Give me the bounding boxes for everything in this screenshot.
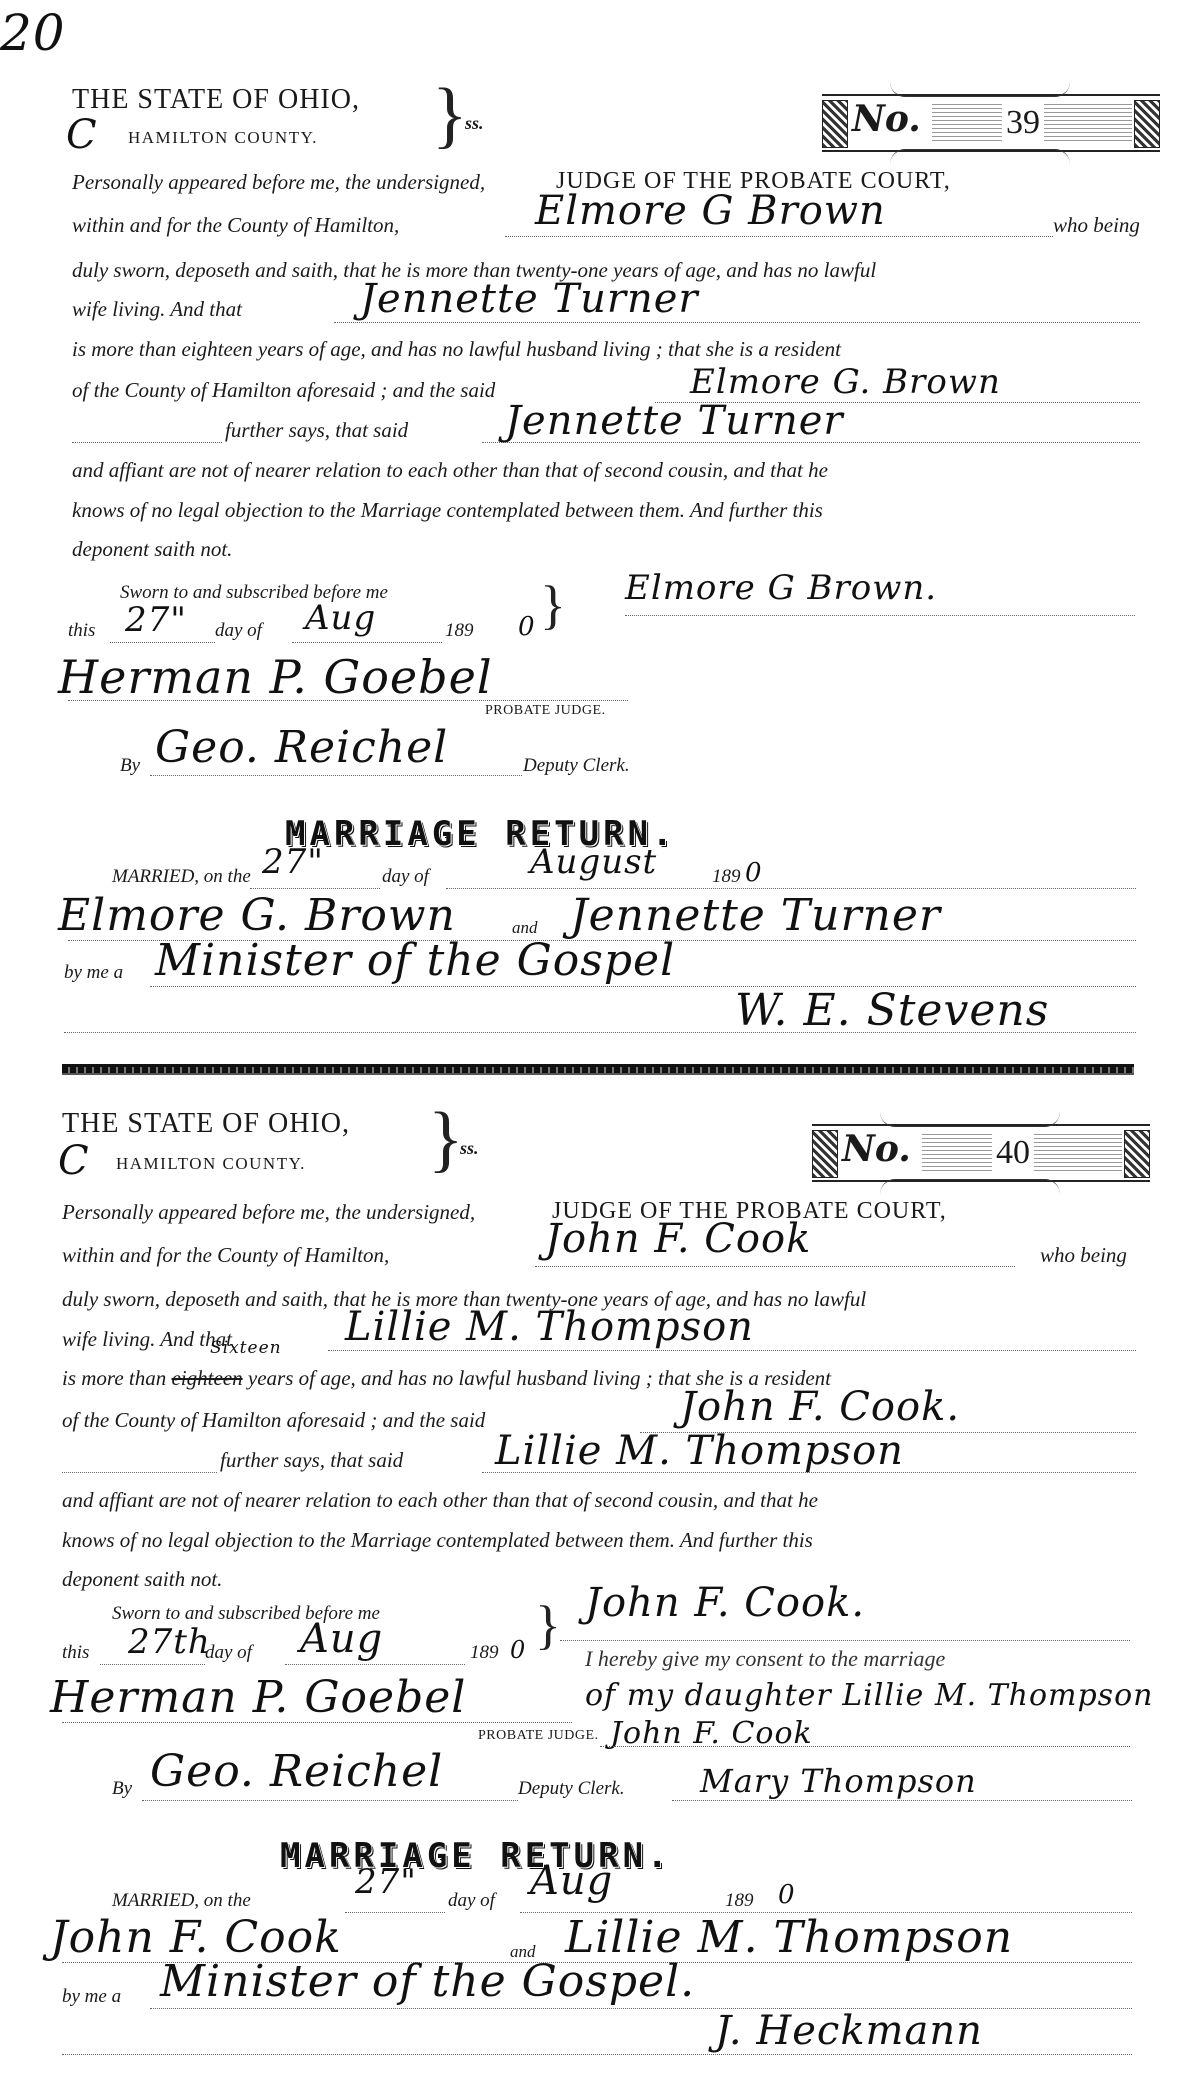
consent-text: of my daughter Lillie M. Thompson bbox=[585, 1678, 1153, 1713]
form-line: of the County of Hamilton aforesaid ; an… bbox=[62, 1408, 485, 1433]
bride-age-correction: Sixteen bbox=[210, 1338, 282, 1358]
sworn-year-digit: 0 bbox=[510, 1636, 526, 1664]
officiant-title: Minister of the Gospel. bbox=[160, 1956, 695, 2007]
return-year-digit: 0 bbox=[745, 858, 763, 888]
applicant-name: John F. Cook bbox=[545, 1216, 811, 1262]
form-line: further says, that said bbox=[225, 418, 408, 443]
brace: } bbox=[432, 78, 468, 152]
fill-line bbox=[100, 1664, 205, 1665]
form-line: who being bbox=[1053, 213, 1140, 238]
affiant-signature: Elmore G Brown. bbox=[625, 568, 937, 608]
fill-line bbox=[446, 888, 1136, 889]
sworn-year-digit: 0 bbox=[518, 612, 536, 642]
bride-name: Lillie M. Thompson bbox=[345, 1304, 754, 1350]
form-line: knows of no legal objection to the Marri… bbox=[72, 498, 823, 523]
record-number: 39 bbox=[1002, 104, 1044, 142]
flourish-mark: C bbox=[58, 1138, 90, 1184]
form-line: knows of no legal objection to the Marri… bbox=[62, 1528, 813, 1553]
knot-ornament-icon bbox=[1124, 1130, 1150, 1178]
signature-line bbox=[142, 1800, 518, 1801]
signature-line bbox=[150, 775, 522, 776]
return-groom: Elmore G. Brown bbox=[58, 890, 456, 941]
form-line: of the County of Hamilton aforesaid ; an… bbox=[72, 378, 495, 403]
bride-age: eighteen bbox=[181, 337, 252, 361]
ss-label: ss. bbox=[460, 1138, 479, 1159]
fill-line bbox=[150, 2008, 1132, 2009]
form-line: and affiant are not of nearer relation t… bbox=[62, 1488, 818, 1513]
probate-judge-label: PROBATE JUDGE. bbox=[485, 703, 606, 719]
form-line: within and for the County of Hamilton, bbox=[72, 213, 399, 238]
form-line: within and for the County of Hamilton, bbox=[62, 1243, 389, 1268]
fill-line bbox=[328, 1350, 1136, 1351]
officiant-signature: J. Heckmann bbox=[715, 2008, 983, 2054]
fill-line bbox=[505, 236, 1053, 237]
return-bride: Jennette Turner bbox=[570, 890, 941, 941]
said-bride: Jennette Turner bbox=[505, 398, 844, 444]
return-day: 27" bbox=[262, 842, 324, 882]
signature-line bbox=[62, 2054, 1132, 2055]
form-line: Personally appeared before me, the under… bbox=[72, 170, 485, 195]
said-applicant: John F. Cook. bbox=[680, 1384, 960, 1430]
said-bride: Lillie M. Thompson bbox=[495, 1428, 904, 1474]
year-prefix: 189 bbox=[712, 866, 741, 888]
form-line: deponent saith not. bbox=[72, 537, 232, 562]
fill-line bbox=[250, 888, 380, 889]
brace: } bbox=[540, 578, 566, 632]
knot-ornament-icon bbox=[822, 100, 848, 148]
record-separator bbox=[62, 1064, 1134, 1075]
state-heading: THE STATE OF OHIO, bbox=[62, 1108, 350, 1140]
probate-judge-label: PROBATE JUDGE. bbox=[478, 1728, 599, 1744]
fill-line bbox=[110, 642, 215, 643]
married-on-label: MARRIED, on the bbox=[112, 866, 251, 888]
return-year-digit: 0 bbox=[778, 1880, 796, 1910]
applicant-name: Elmore G Brown bbox=[535, 188, 886, 234]
sworn-day: 27th bbox=[128, 1622, 211, 1662]
day-of-label: day of bbox=[448, 1890, 495, 1912]
signature-line bbox=[62, 1722, 572, 1723]
officiant-signature: W. E. Stevens bbox=[735, 985, 1049, 1036]
year-prefix: 189 bbox=[445, 620, 474, 642]
knot-ornament-icon bbox=[1134, 100, 1160, 148]
bride-age-struck: eighteen bbox=[171, 1366, 242, 1390]
bride-name: Jennette Turner bbox=[360, 276, 699, 322]
form-line: wife living. And that bbox=[72, 297, 242, 322]
this-label: this bbox=[68, 620, 95, 642]
year-prefix: 189 bbox=[470, 1642, 499, 1664]
fill-line bbox=[334, 322, 1140, 323]
affiant-signature: John F. Cook. bbox=[585, 1580, 865, 1626]
sworn-month: Aug bbox=[305, 598, 376, 638]
signature-line bbox=[672, 1800, 1132, 1801]
form-line: further says, that said bbox=[220, 1448, 403, 1473]
deputy-clerk-signature: Geo. Reichel bbox=[150, 1746, 443, 1797]
form-text: is more than bbox=[72, 337, 176, 361]
county-heading: HAMILTON COUNTY. bbox=[116, 1154, 306, 1174]
sworn-month: Aug bbox=[300, 1616, 383, 1662]
number-label: No. bbox=[852, 98, 921, 140]
sworn-day: 27" bbox=[125, 600, 187, 640]
deputy-clerk-label: Deputy Clerk. bbox=[518, 1778, 625, 1800]
day-of-label: day of bbox=[215, 620, 262, 642]
by-label: By bbox=[112, 1778, 132, 1800]
day-of-label: day of bbox=[382, 866, 429, 888]
form-line: who being bbox=[1040, 1243, 1127, 1268]
form-line: deponent saith not. bbox=[62, 1567, 222, 1592]
form-line: Personally appeared before me, the under… bbox=[62, 1200, 475, 1225]
form-text: years of age, and has no lawful husband … bbox=[258, 337, 841, 361]
fill-line bbox=[62, 1472, 217, 1473]
fill-line bbox=[292, 642, 442, 643]
flourish-mark: C bbox=[66, 112, 98, 158]
return-month: August bbox=[530, 842, 657, 882]
married-on-label: MARRIED, on the bbox=[112, 1890, 251, 1912]
form-line: and affiant are not of nearer relation t… bbox=[72, 458, 828, 483]
ss-label: ss. bbox=[465, 113, 484, 134]
signature-line bbox=[560, 1640, 1130, 1641]
form-text: is more than bbox=[62, 1366, 166, 1390]
county-heading: HAMILTON COUNTY. bbox=[128, 128, 318, 148]
signature-line bbox=[625, 615, 1135, 616]
day-of-label: day of bbox=[205, 1642, 252, 1664]
by-label: By bbox=[120, 755, 140, 777]
return-month: Aug bbox=[530, 1858, 613, 1904]
record-number-box: No. 40 bbox=[812, 1124, 1150, 1182]
said-applicant: Elmore G. Brown bbox=[690, 362, 1001, 402]
number-label: No. bbox=[842, 1128, 911, 1170]
probate-judge-signature: Herman P. Goebel bbox=[50, 1672, 466, 1723]
state-heading: THE STATE OF OHIO, bbox=[72, 84, 360, 116]
probate-judge-signature: Herman P. Goebel bbox=[58, 650, 493, 704]
form-line: is more than eighteen years of age, and … bbox=[72, 337, 841, 362]
return-day: 27" bbox=[355, 1862, 417, 1902]
knot-ornament-icon bbox=[812, 1130, 838, 1178]
signature-line bbox=[68, 700, 628, 701]
signature-line bbox=[600, 1746, 1130, 1747]
consent-stamp: I hereby give my consent to the marriage bbox=[585, 1646, 945, 1672]
fill-line bbox=[72, 442, 222, 443]
signature-line bbox=[64, 1032, 1136, 1033]
this-label: this bbox=[62, 1642, 89, 1664]
brace: } bbox=[535, 1598, 561, 1652]
form-line: wife living. And that bbox=[62, 1327, 232, 1352]
fill-line bbox=[285, 1664, 465, 1665]
fill-line bbox=[345, 1912, 445, 1913]
brace: } bbox=[428, 1102, 464, 1176]
year-prefix: 189 bbox=[725, 1890, 754, 1912]
mother-consent-signature: Mary Thompson bbox=[700, 1762, 977, 1800]
officiant-title: Minister of the Gospel bbox=[155, 935, 675, 986]
deputy-clerk-signature: Geo. Reichel bbox=[155, 722, 448, 773]
fill-line bbox=[535, 1266, 1015, 1267]
margin-note: 20 bbox=[0, 4, 66, 62]
deputy-clerk-label: Deputy Clerk. bbox=[523, 755, 630, 777]
record-number: 40 bbox=[992, 1134, 1034, 1172]
by-me-a-label: by me a bbox=[62, 1986, 121, 2008]
record-number-box: No. 39 bbox=[822, 94, 1160, 152]
by-me-a-label: by me a bbox=[64, 962, 123, 984]
